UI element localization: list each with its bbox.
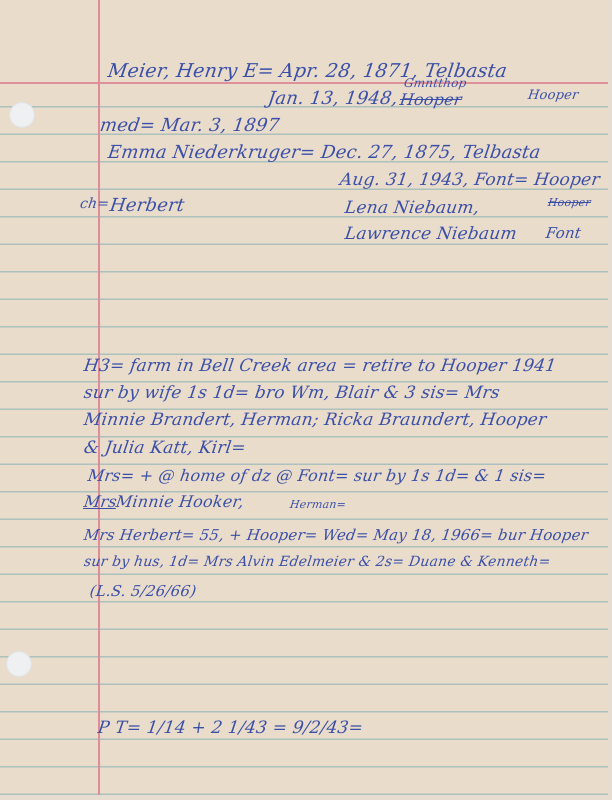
body-line-4: & Julia Katt, Kirl=: [83, 438, 248, 458]
body-line-2: sur by wife 1s 1d= bro Wm, Blair & 3 sis…: [83, 383, 502, 403]
footer-line: P T= 1/14 + 2 1/43 = 9/2/43=: [97, 718, 365, 738]
ruled-paper-page: Meier, Henry E= Apr. 28, 1871, Telbasta …: [0, 0, 608, 795]
body-line-6-place: Herman=: [289, 498, 347, 511]
punch-hole-bottom: [6, 651, 32, 677]
child-lawrence-place: Font: [545, 224, 583, 242]
body-line-8: sur by hus, 1d= Mrs Alvin Edelmeier & 2s…: [83, 554, 552, 570]
body-line-7: Mrs Herbert= 55, + Hooper= Wed= May 18, …: [83, 526, 590, 544]
header-married: med= Mar. 3, 1897: [99, 115, 281, 136]
header-spouse: Emma Niederkruger= Dec. 27, 1875, Telbas…: [107, 142, 542, 163]
body-line-6-mrs: Mrs: [83, 492, 119, 511]
header-death-place-overwrite: Gmntthop: [403, 76, 468, 90]
body-line-3: Minnie Brandert, Herman; Ricka Braundert…: [83, 410, 548, 430]
body-line-9: (L.S. 5/26/66): [89, 582, 198, 600]
top-margin-line: [0, 82, 608, 84]
child-lawrence: Lawrence Niebaum: [344, 224, 519, 244]
header-death-date: Jan. 13, 1948,: [267, 88, 400, 109]
children-label: ch=: [79, 196, 110, 212]
child-herbert: Herbert: [109, 195, 186, 216]
child-lena-place: Hooper: [547, 196, 592, 209]
punch-hole-top: [9, 102, 35, 128]
header-death-place-right: Hooper: [527, 88, 580, 103]
body-line-6-name: Minnie Hooker,: [115, 492, 246, 511]
child-lena: Lena Niebaum,: [344, 198, 481, 218]
body-line-1: H3= farm in Bell Creek area = retire to …: [83, 356, 558, 376]
body-line-5: Mrs= + @ home of dz @ Font= sur by 1s 1d…: [87, 466, 548, 485]
header-death-place-struck: Hooper: [399, 90, 463, 109]
header-spouse-death: Aug. 31, 1943, Font= Hooper: [339, 170, 602, 190]
